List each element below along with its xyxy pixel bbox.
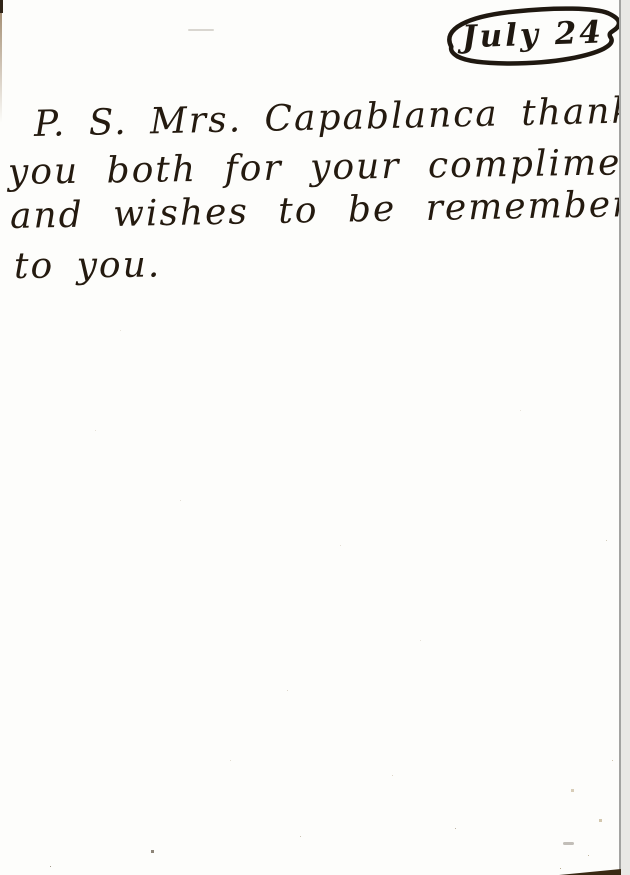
scanned-letter-page: July 24 P. S. Mrs. Capablanca thanks you… [0,0,630,875]
note-line: to you. [14,244,162,287]
scan-noise [0,0,1,1]
date-stamp: July 24 [435,1,625,72]
scan-edge-smudge [0,13,2,123]
scan-edge-line [619,0,621,875]
scan-smudge [188,29,214,31]
scan-smudge [563,842,574,845]
scan-corner-shadow [559,868,621,875]
scan-edge-band [621,0,630,875]
scan-corner-mark [0,0,3,13]
note-line: P. S. Mrs. Capablanca thanks [34,90,630,145]
date-text: July 24 [461,14,604,55]
